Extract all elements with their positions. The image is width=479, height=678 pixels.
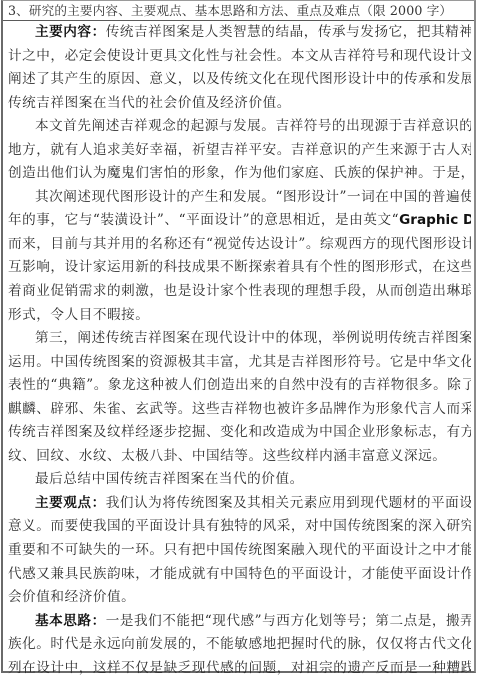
text-line: 代感又兼具民族韵味，才能成就有中国特色的平面设计，才能使平面设计作品产生更大的社 — [8, 563, 471, 587]
text-line: 而来，目前与其并用的名称还有“视觉传达设计”。综观西方的现代图形设计，风格流派相 — [8, 233, 471, 257]
text-line: 运用。中国传统图案的资源极其丰富，尤其是吉祥图形符号。它是中华文化最典型，最有代 — [8, 351, 471, 375]
text-line: 最后总结中国传统吉祥图案在当代的价值。 — [8, 468, 471, 492]
text-segment: 年的事，它与“装潢设计”、“平面设计”的意思相近，是由英文“ — [8, 212, 399, 228]
text-line: 意义。而要使我国的平面设计具有独特的风采，对中国传统图案的深入研究和有效应用将是 — [8, 515, 471, 539]
text-line: 重要和不可缺失的一环。只有把中国传统图案融入现代的平面设计之中才能使作品既不失现 — [8, 539, 471, 563]
basic-approach-paragraph-line: 基本思路：一是我们不能把“现代感”与西方化划等号；第二点是，搬弄古董不等于民 — [8, 610, 471, 634]
text-line: 计之中，必定会使设计更具文化性与社会性。本文从吉祥符号和现代设计文化的产生谈起， — [8, 45, 471, 69]
text-line: 互影响，设计家运用新的科技成果不断探索着具有个性的图形形式，在这些设计中，既存在 — [8, 256, 471, 280]
text-line: 表性的“典籍”。象龙这种被人们创造出来的自然中没有的吉祥物很多。除了龙，还有凤、 — [8, 374, 471, 398]
basic-approach-label: 基本思路： — [35, 613, 106, 629]
text-line: 第三，阐述传统吉祥图案在现代设计中的体现，举例说明传统吉祥图案在企业形象中的 — [8, 327, 471, 351]
graphic-design-line: 年的事，它与“装潢设计”、“平面设计”的意思相近，是由英文“Graphic De… — [8, 209, 471, 233]
text-line: 阐述了其产生的原因、意义，以及传统文化在现代图形设计中的传承和发展，最后揭示中国 — [8, 68, 471, 92]
graphic-design-term: Graphic Design — [399, 212, 471, 228]
text-line: 一是我们不能把“现代感”与西方化划等号；第二点是，搬弄古董不等于民 — [106, 613, 471, 629]
section-body: 主要内容：传统吉祥图案是人类智慧的结晶，传承与发扬它，把其精神元素融入现代设 计… — [8, 21, 471, 678]
document-table-frame: 3、研究的主要内容、主要观点、基本思路和方法、重点及难点（限 2000 字） 主… — [1, 0, 476, 673]
text-line: 创造出他们认为魔鬼们害怕的形象，作为他们家庭、氏族的保护神。于是，图腾出现了。 — [8, 162, 471, 186]
main-viewpoint-label: 主要观点： — [35, 495, 106, 511]
text-line: 纹、回纹、水纹、太极八卦、中国结等。这些纹样内涵丰富意义深远。 — [8, 445, 471, 469]
main-viewpoint-paragraph-line: 主要观点：我们认为将传统图案及其相关元素应用到现代题材的平面设计中去具有重大 — [8, 492, 471, 516]
text-line: 族化。时代是永远向前发展的，不能敏感地把握时代的脉，仅仅将古代文化的元素平庸地陈 — [8, 633, 471, 657]
section-header-row: 3、研究的主要内容、主要观点、基本思路和方法、重点及难点（限 2000 字） — [3, 1, 474, 21]
text-line: 形式，令人目不暇接。 — [8, 304, 471, 328]
text-line: 麒麟、辟邪、朱雀、玄武等。这些吉祥物也被许多品牌作为形象代言人而采纳。中国几千年 — [8, 398, 471, 422]
main-content-label: 主要内容： — [35, 24, 106, 40]
main-content-paragraph-line: 主要内容：传统吉祥图案是人类智慧的结晶，传承与发扬它，把其精神元素融入现代设 — [8, 21, 471, 45]
text-line: 传统吉祥图案是人类智慧的结晶，传承与发扬它，把其精神元素融入现代设 — [106, 24, 471, 40]
text-line: 着商业促销需求的刺激，也是设计家个性表现的理想手段，从而创造出琳琅满目的视觉传播 — [8, 280, 471, 304]
text-line: 列在设计中，这样不仅是缺乏现代感的问题，对祖宗的遗产反而是一种糟践。因此，我们只 — [8, 657, 471, 678]
text-line: 地方，就有人追求美好幸福，祈望吉祥平安。吉祥意识的产生来源于古人对生活的不安定感… — [8, 139, 471, 163]
text-line: 我们认为将传统图案及其相关元素应用到现代题材的平面设计中去具有重大 — [106, 495, 471, 511]
text-line: 其次阐述现代图形设计的产生和发展。“图形设计”一词在中国的普遍使用也不过十来 — [8, 186, 471, 210]
text-line: 传统吉祥图案及纹样经逐步挖掘、变化和改造成为中国企业形象标志，有方胜、云纹、如意 — [8, 421, 471, 445]
text-line: 会价值和经济价值。 — [8, 586, 471, 610]
section-header-title: 3、研究的主要内容、主要观点、基本思路和方法、重点及难点（限 2000 字） — [8, 2, 452, 19]
text-line: 本文首先阐述吉祥观念的起源与发展。吉祥符号的出现源于吉祥意识的产生。有人类的 — [8, 115, 471, 139]
text-line: 传统吉祥图案在当代的社会价值及经济价值。 — [8, 92, 471, 116]
